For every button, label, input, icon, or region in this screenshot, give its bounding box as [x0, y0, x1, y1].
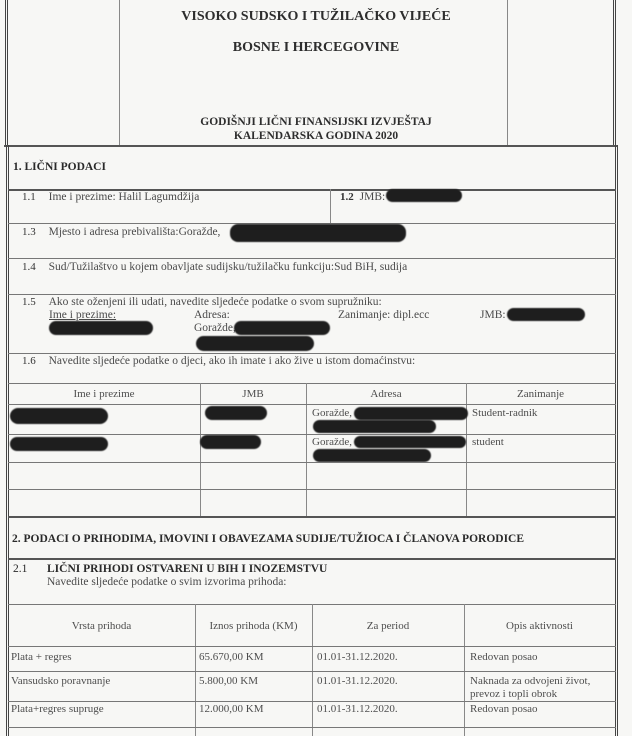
- children-header-name: Ime i prezime: [8, 388, 200, 400]
- section1-title: 1. LIČNI PODACI: [13, 161, 106, 173]
- income-amount: 5.800,00 KM: [199, 675, 258, 687]
- section2-1-title: LIČNI PRIHODI OSTVARENI U BIH I INOZEMST…: [47, 563, 327, 575]
- income-amount: 65.670,00 KM: [199, 651, 263, 663]
- redacted-spouse-address-1: [234, 321, 330, 335]
- section2-title: 2. PODACI O PRIHODIMA, IMOVINI I OBAVEZA…: [12, 533, 524, 545]
- income-description: Naknada za odvojeni život,: [470, 675, 590, 687]
- page-border-left: [6, 145, 9, 736]
- spouse-jmb-label: JMB:: [480, 309, 506, 321]
- row-divider: [8, 727, 616, 728]
- children-header-occupation: Zanimanje: [466, 388, 615, 400]
- income-type: Plata+regres supruge: [11, 703, 104, 715]
- redacted-child-name: [10, 437, 108, 451]
- header-subtitle-line2: KALENDARSKA GODINA 2020: [0, 130, 632, 142]
- row-divider: [8, 294, 616, 295]
- income-header-amount: Iznos prihoda (KM): [195, 620, 312, 632]
- child-occupation: Student-radnik: [472, 407, 537, 419]
- row-divider: [8, 701, 616, 702]
- child-address-city: Goražde,: [312, 407, 352, 419]
- header-title-line1: VISOKO SUDSKO I TUŽILAČKO VIJEĆE: [0, 9, 632, 25]
- income-period: 01.01-31.12.2020.: [317, 651, 398, 663]
- header-subtitle-line1: GODIŠNJI LIČNI FINANSIJSKI IZVJEŠTAJ: [0, 116, 632, 128]
- row-divider: [8, 462, 616, 463]
- income-description: Redovan posao: [470, 703, 538, 715]
- item-1-6: 1.6 Navedite sljedeće podatke o djeci, a…: [22, 355, 415, 367]
- spouse-address-city: Goražde,: [194, 322, 236, 334]
- row-divider: [8, 434, 616, 435]
- page-border-right: [615, 145, 618, 736]
- redacted-child-jmb: [200, 435, 261, 449]
- redacted-address: [230, 224, 406, 242]
- item-1-3: 1.3 Mjesto i adresa prebivališta:Goražde…: [22, 226, 220, 238]
- item-1-4: 1.4 Sud/Tužilaštvo u kojem obavljate sud…: [22, 261, 407, 273]
- redacted-jmb: [386, 189, 462, 202]
- children-table-top: [8, 383, 616, 384]
- form-top-border: [4, 145, 618, 147]
- redacted-spouse-name: [49, 321, 153, 335]
- income-type: Plata + regres: [11, 651, 72, 663]
- income-amount: 12.000,00 KM: [199, 703, 263, 715]
- children-header-address: Adresa: [306, 388, 466, 400]
- income-header-type: Vrsta prihoda: [8, 620, 195, 632]
- income-period: 01.01-31.12.2020.: [317, 675, 398, 687]
- redacted-child-address-2: [313, 420, 436, 433]
- row-divider: [8, 646, 616, 647]
- child-address-city: Goražde,: [312, 436, 352, 448]
- income-header-period: Za period: [312, 620, 464, 632]
- item-1-1-divider: [330, 189, 331, 223]
- income-description: Redovan posao: [470, 651, 538, 663]
- spouse-occupation: Zanimanje: dipl.ecc: [338, 309, 429, 321]
- col-divider: [466, 383, 467, 516]
- col-divider: [200, 383, 201, 516]
- redacted-child-address-2: [313, 449, 431, 462]
- row-divider: [8, 671, 616, 672]
- item-1-2: 1.2 JMB:: [340, 191, 385, 203]
- redacted-spouse-jmb: [507, 308, 585, 321]
- redacted-child-jmb: [205, 406, 267, 420]
- row-divider: [8, 258, 616, 259]
- children-table-bottom: [8, 516, 616, 518]
- income-type: Vansudsko poravnanje: [11, 675, 110, 687]
- row-divider: [8, 404, 616, 405]
- children-header-jmb: JMB: [200, 388, 306, 400]
- section2-title-divider: [8, 558, 616, 560]
- income-description-line2: prevoz i topli obrok: [470, 688, 557, 700]
- redacted-child-address-1: [354, 407, 468, 420]
- section2-1-num: 2.1: [13, 563, 27, 575]
- redacted-spouse-address-2: [196, 336, 314, 351]
- child-occupation: student: [472, 436, 504, 448]
- section2-1-instruction: Navedite sljedeće podatke o svim izvorim…: [47, 576, 287, 588]
- redacted-child-name: [10, 408, 108, 424]
- col-divider: [306, 383, 307, 516]
- item-1-5: 1.5 Ako ste oženjeni ili udati, navedite…: [22, 296, 382, 308]
- spouse-address-label: Adresa:: [194, 309, 230, 321]
- item-1-1: 1.1 Ime i prezime: Halil Lagumdžija: [22, 191, 199, 203]
- header-title-line2: BOSNE I HERCEGOVINE: [0, 40, 632, 56]
- row-divider: [8, 353, 616, 354]
- income-header-description: Opis aktivnosti: [464, 620, 615, 632]
- redacted-child-address-1: [354, 436, 466, 448]
- spouse-name-label: Ime i prezime:: [49, 309, 116, 321]
- income-period: 01.01-31.12.2020.: [317, 703, 398, 715]
- row-divider: [8, 489, 616, 490]
